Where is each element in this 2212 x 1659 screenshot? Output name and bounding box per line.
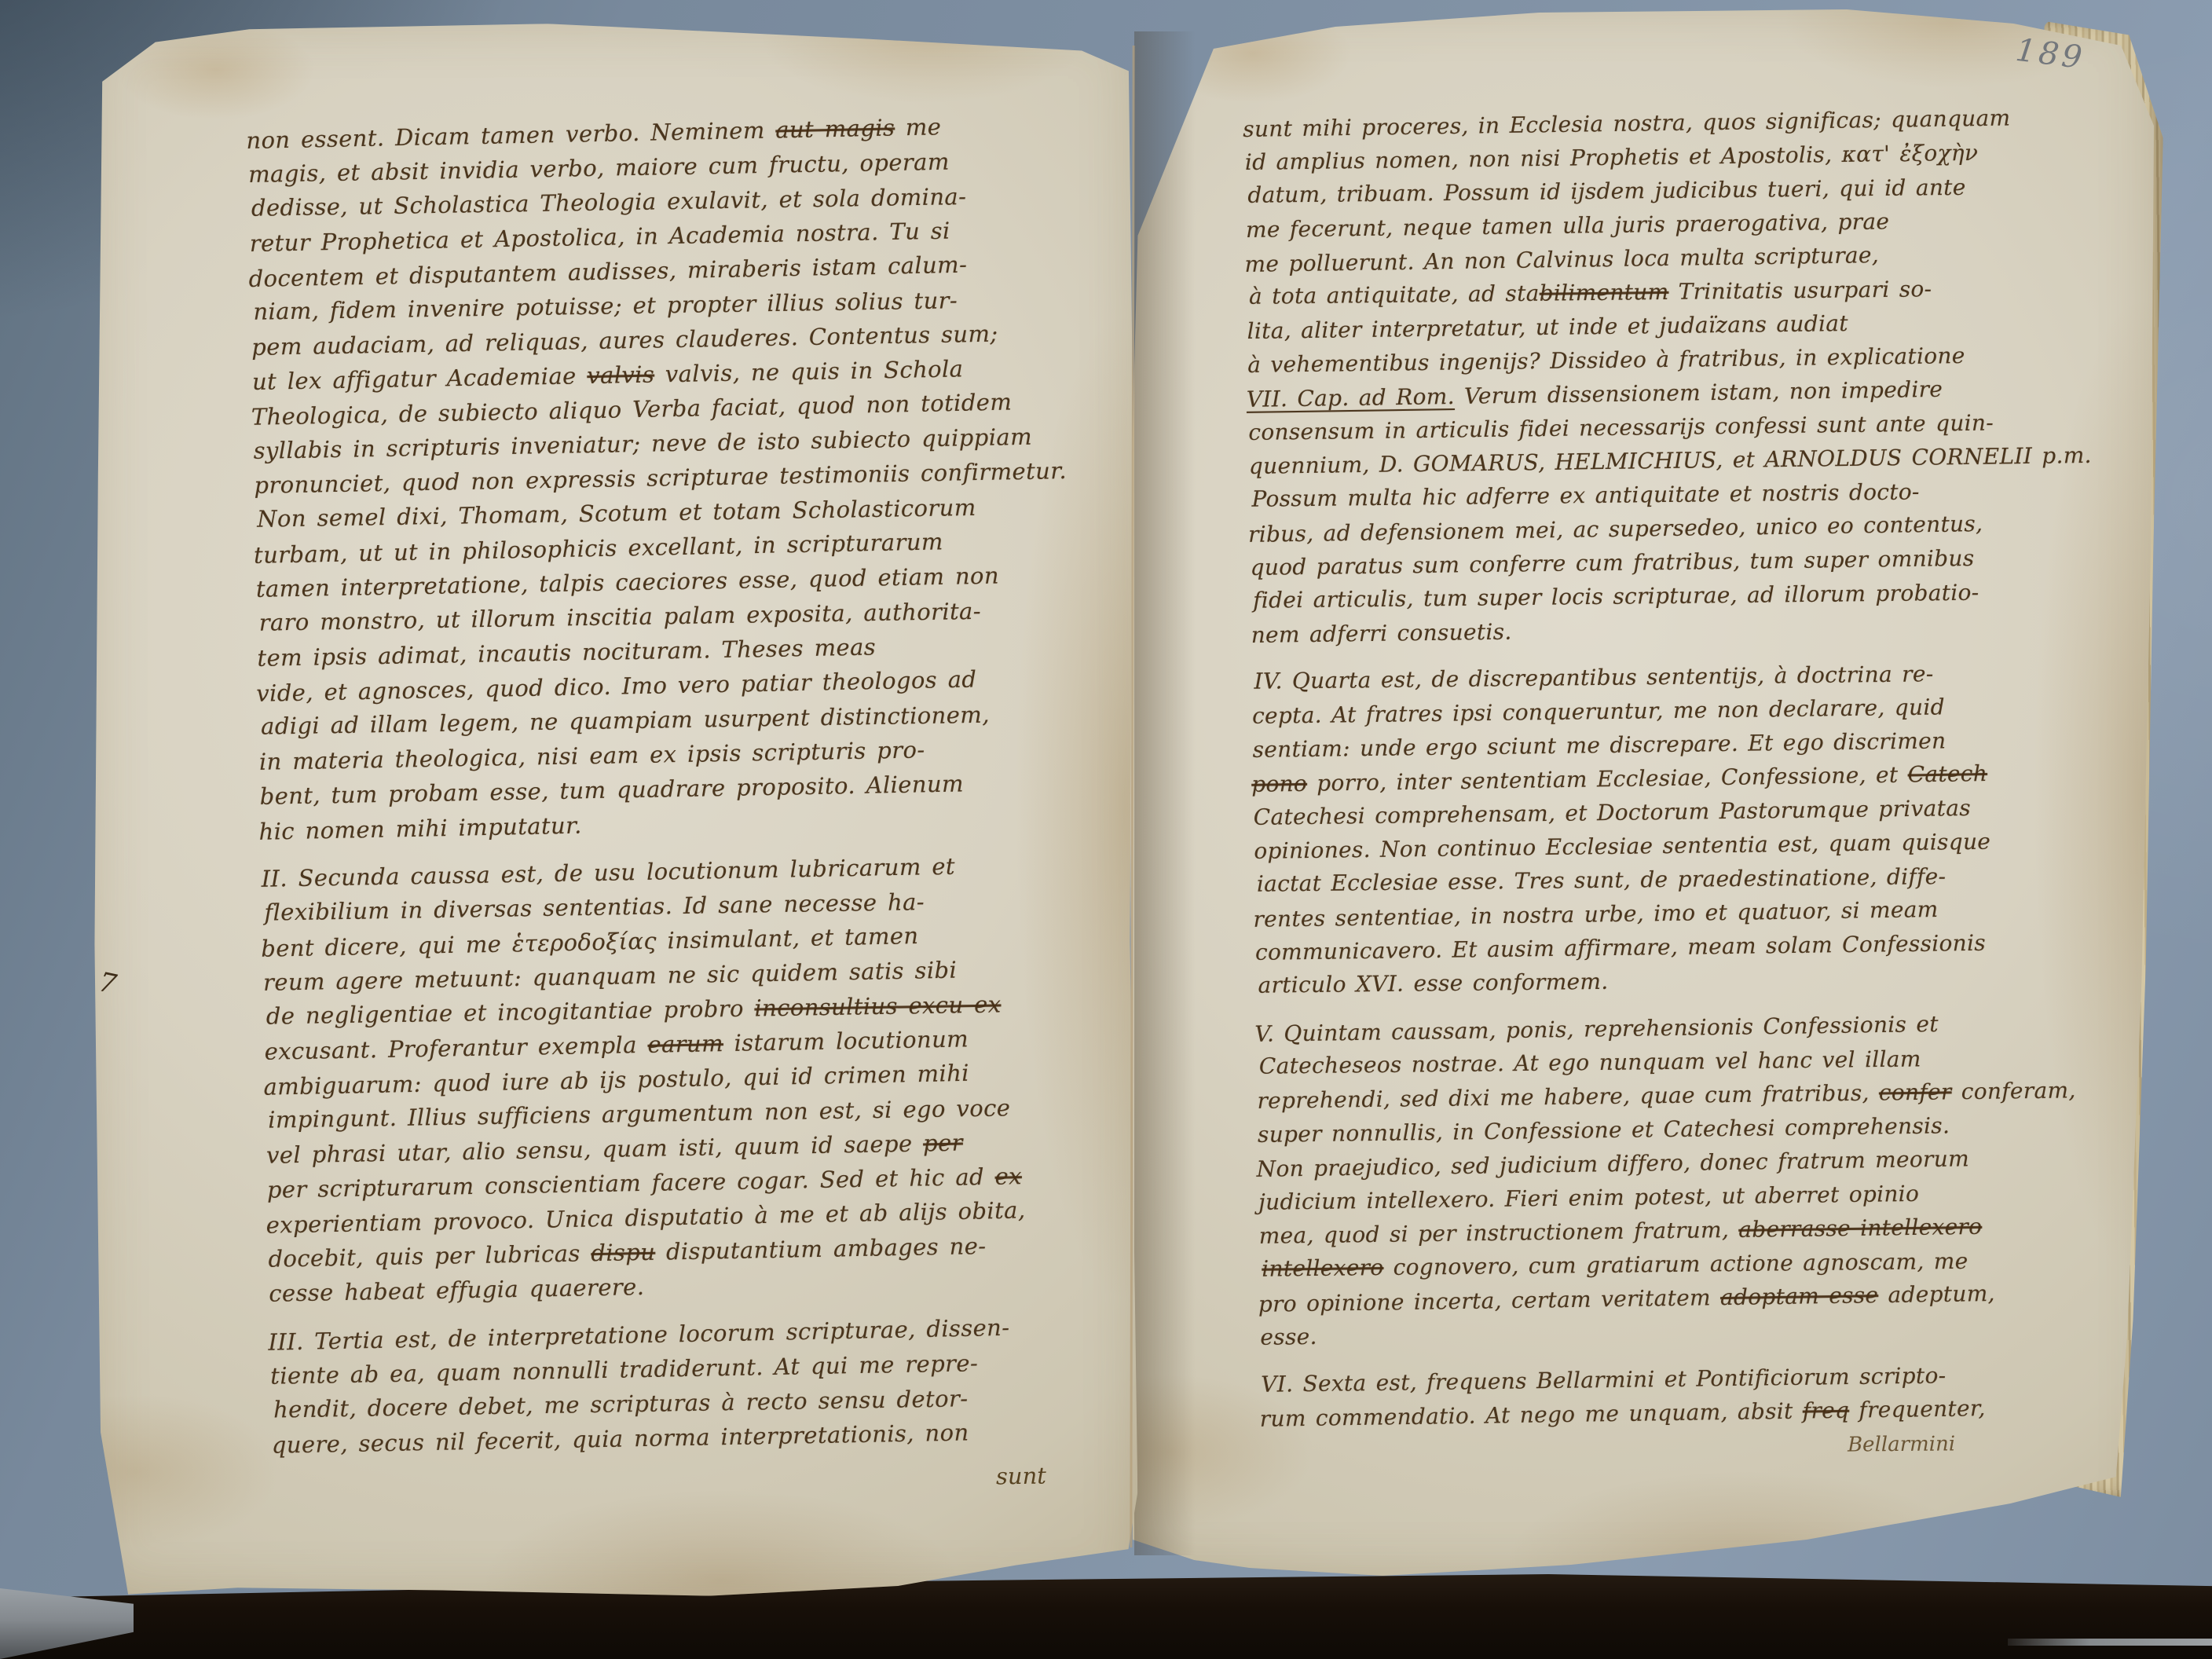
right-page-text: sunt mihi proceres, in Ecclesia nostra, …: [1244, 101, 2110, 1435]
manuscript-photo-scene: non essent. Dicam tamen verbo. Neminem a…: [0, 0, 2212, 1659]
gutter-shadow: [1134, 31, 1196, 1555]
shelf-edge-highlight: [2008, 1639, 2212, 1646]
left-page-text: non essent. Dicam tamen verbo. Neminem a…: [247, 107, 1120, 1463]
right-page-catchword: Bellarmini: [1848, 1432, 1955, 1456]
left-page-catchword: sunt: [996, 1462, 1046, 1489]
